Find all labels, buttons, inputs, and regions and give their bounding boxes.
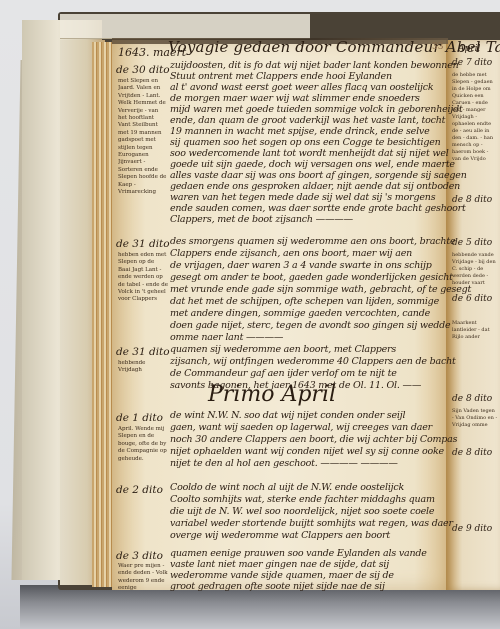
margin-note: Maarkent lantleider - dat Rijlo ander: [452, 320, 498, 341]
entry-date: de 8 dito: [452, 394, 492, 404]
text-line: de vrijagen, daer waren 3 a 4 vande swar…: [170, 260, 432, 271]
margin-note: hebbende vande Vrijdage - bij den C. sch…: [452, 252, 498, 292]
folio-number: 33: [432, 42, 443, 52]
entry-date: de 8 dito: [452, 195, 492, 205]
text-line: gedaen ende ons gesproken aldaer, nijt a…: [170, 181, 460, 192]
entry-date: de 8 dito: [452, 448, 492, 458]
text-line: goede uit sijn gaede, doch wij versagen …: [170, 159, 455, 170]
text-line: nijet ophaelden want wij conden nijet we…: [170, 446, 444, 457]
text-line: Clappers, met de boot zijsanch ————: [170, 214, 353, 225]
text-line: groot gedragen ofte soote nijet sijde na…: [170, 581, 385, 592]
margin-note: April. Wende mij Slepen en de bouge, oft…: [118, 426, 168, 463]
entry-date: de 9 dito: [452, 524, 492, 534]
text-line: zijsanch, wij ontfingen wederomme 40 Cla…: [170, 356, 456, 367]
margin-note: Waer pre mijen - ende deden - Volk weder…: [118, 563, 168, 593]
text-line: mijd waren met goede tuieden sommige vol…: [170, 104, 463, 115]
entry-date: de 6 dito: [452, 294, 492, 304]
margin-note: met Slepen en Jaard. Valen en Vrijtden -…: [118, 78, 168, 228]
entry-date: de 5 dito: [452, 238, 492, 248]
text-line: omme naer lant ————: [170, 332, 283, 343]
text-line: variabel weder stortende buijtt somhijts…: [170, 518, 453, 529]
text-line: overge wij wederomme wat Clappers aen bo…: [170, 530, 390, 541]
entry-date: de 31 dito: [116, 238, 170, 250]
text-line: ende, dan quam de groot vaderkijl was he…: [170, 115, 445, 126]
text-line: vaste lant niet maer gingen nae de sijde…: [170, 559, 389, 570]
entry-date: de 31 dito: [116, 346, 170, 358]
text-line: soo wedercomende lant tot wordt menheijd…: [170, 148, 449, 159]
text-line: waren van het tegen mede dade sij wel da…: [170, 192, 435, 203]
text-line: sij quamen soo het sogen op ons een Cogg…: [170, 137, 441, 148]
text-line: met andere dingen, sommige gaeden vercoc…: [170, 308, 430, 319]
text-line: Stuut ontrent met Clappers ende hooi Eyl…: [170, 71, 392, 82]
text-line: gesegt om ander te boot, gaeden gade won…: [170, 272, 453, 283]
text-line: gaen, want wij saeden op lagerwal, wij c…: [170, 422, 432, 433]
text-line: Clappers ende zijsanch, aen ons boort, m…: [170, 248, 412, 259]
margin-note: hebbende Vrijdagh: [118, 360, 168, 375]
text-line: met vrunde ende gade sijn sommige wath, …: [170, 284, 471, 295]
text-line: de morgen maer waer wij wat slimmer ende…: [170, 93, 420, 104]
text-line: des smorgens quamen sij wederomme aen on…: [170, 236, 455, 247]
text-line: doen gade nijet, sterc, tegen de avondt …: [170, 320, 450, 331]
text-line: de wint N.W. N. soo dat wij nijet conden…: [170, 410, 405, 421]
page-title: Voyagie gedaen door Commandeur Abel Tasm…: [168, 38, 500, 56]
text-line: Coolto somhijts wat, sterke ende fachter…: [170, 494, 435, 505]
text-line: alles vaste daar sij was ons boort af gi…: [170, 170, 467, 181]
right-page-header: April: [458, 44, 480, 54]
entry-date: de 30 dito: [116, 64, 170, 76]
text-line: die uijt de N. W. wel soo noordelijck, n…: [170, 506, 434, 517]
text-line: quamen eenige prauwen soo vande Eylanden…: [170, 548, 427, 559]
text-line: noch 30 andere Clappers aen boort, die w…: [170, 434, 457, 445]
text-line: wederomme vande sijde quamen, maer de si…: [170, 570, 394, 581]
text-line: dat het met de schijpen, ofte schepen va…: [170, 296, 439, 307]
text-line: al t' avond wast eerst goet weer alles f…: [170, 82, 433, 93]
text-line: Cooldo de wint noch al uijt de N.W. ende…: [170, 482, 404, 493]
margin-note: Sijn Vaden tegen - Van Ondimo en - Vrijd…: [452, 408, 498, 432]
text-line: nijet te den al hol aen geschoot. ———— —…: [170, 458, 398, 469]
text-line: 19 mannen in wacht met spijse, ende drin…: [170, 126, 430, 137]
repair-tape: [60, 14, 310, 39]
entry-date: de 2 dito: [116, 484, 163, 496]
margin-note: de hebbe met Slepen - gedaen in de Holpe…: [452, 72, 498, 162]
section-heading: Primo April: [208, 382, 336, 407]
text-line: de Commandeur gaf aen ijder verlof om te…: [170, 368, 397, 379]
margin-note: hebben eden met Slepen op de Baai Jagt L…: [118, 252, 168, 322]
text-line: quamen sij wederomme aen boort, met Clap…: [170, 344, 396, 355]
entry-date: de 3 dito: [116, 550, 163, 562]
entry-date: de 7 dito: [452, 58, 492, 68]
text-line: ende sauden comen, was daer sortte ende …: [170, 203, 466, 214]
text-line: zuijdoosten, dit is fo dat wij nijet bad…: [170, 60, 459, 71]
entry-date: de 1 dito: [116, 412, 163, 424]
